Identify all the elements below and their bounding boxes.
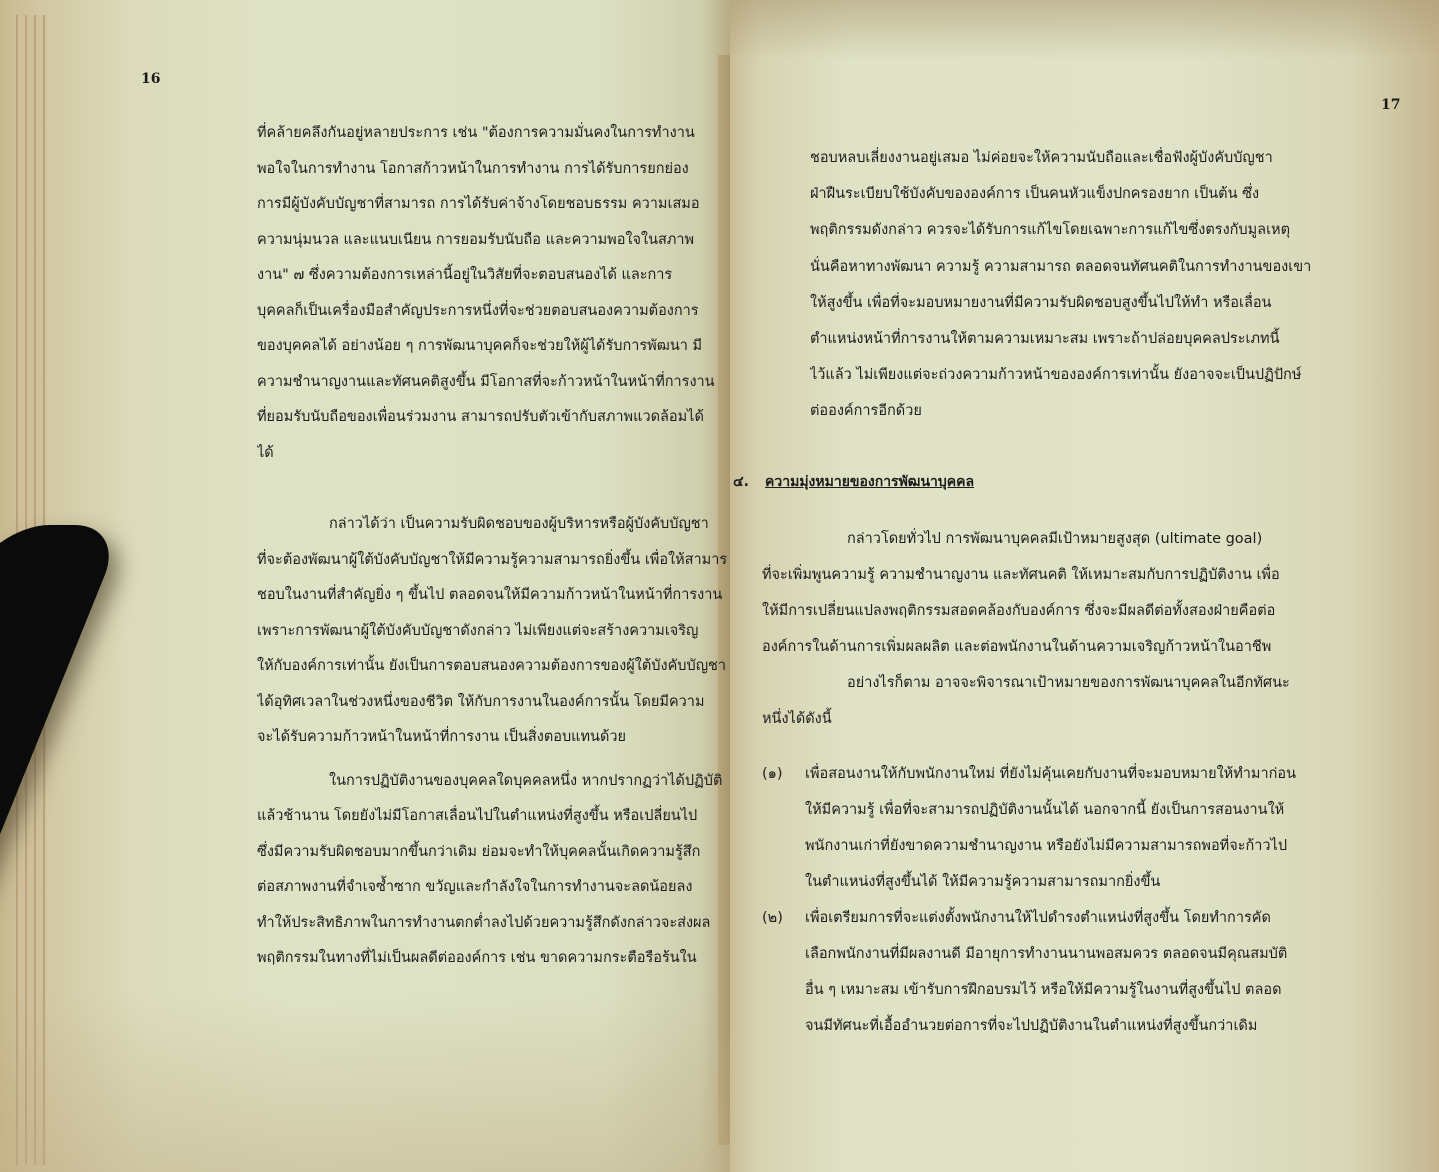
text-line: ไว้แล้ว ไม่เพียงแต่จะถ่วงความก้าวหน้าของ… bbox=[810, 357, 1350, 393]
text-line: องค์การในด้านการเพิ่มผลผลิต และต่อพนักงา… bbox=[762, 629, 1322, 665]
text-line: ต่อองค์การอีกด้วย bbox=[810, 393, 1350, 429]
text-line: บุคคลก็เป็นเครื่องมือสำคัญประการหนึ่งที่… bbox=[257, 294, 727, 330]
list-marker: (๑) bbox=[762, 756, 783, 792]
text-line: ให้กับองค์การเท่านั้น ยังเป็นการตอบสนองค… bbox=[257, 649, 727, 685]
text-line: จนมีทัศนะที่เอื้ออำนวยต่อการที่จะไปปฏิบั… bbox=[805, 1008, 1322, 1044]
text-line: ที่ยอมรับนับถือของเพื่อนร่วมงาน สามารถปร… bbox=[257, 400, 727, 436]
text-line: พฤติกรรมในทางที่ไม่เป็นผลดีต่อองค์การ เช… bbox=[257, 941, 727, 977]
text-line: จะได้รับความก้าวหน้าในหน้าที่การงาน เป็น… bbox=[257, 720, 727, 756]
text-line: ทำให้ประสิทธิภาพในการทำงานตกต่ำลงไปด้วยค… bbox=[257, 906, 727, 942]
book-spread: 16 ที่คล้ายคลึงกันอยู่หลายประการ เช่น "ต… bbox=[0, 0, 1439, 1172]
text-line: ในการปฏิบัติงานของบุคคลใดบุคคลหนึ่ง หากป… bbox=[257, 764, 727, 800]
text-line: กล่าวได้ว่า เป็นความรับผิดชอบของผู้บริหา… bbox=[257, 507, 727, 543]
text-line: กล่าวโดยทั่วไป การพัฒนาบุคคลมีเป้าหมายสู… bbox=[762, 521, 1322, 557]
section-title: ความมุ่งหมายของการพัฒนาบุคคล bbox=[765, 474, 974, 490]
text-line: เพราะการพัฒนาผู้ใต้บังคับบัญชาดังกล่าว ไ… bbox=[257, 614, 727, 650]
text-line: ฝ่าฝืนระเบียบใช้บังคับขององค์การ เป็นคนห… bbox=[810, 176, 1350, 212]
paragraph: ที่คล้ายคลึงกันอยู่หลายประการ เช่น "ต้อง… bbox=[257, 116, 727, 471]
section-number: ๔. bbox=[733, 471, 765, 493]
right-page-body: กล่าวโดยทั่วไป การพัฒนาบุคคลมีเป้าหมายสู… bbox=[762, 521, 1322, 737]
text-line: ชอบในงานที่สำคัญยิ่ง ๆ ขึ้นไป ตลอดจนให้ม… bbox=[257, 578, 727, 614]
text-line: ได้ bbox=[257, 436, 727, 472]
left-page-body: ที่คล้ายคลึงกันอยู่หลายประการ เช่น "ต้อง… bbox=[257, 116, 727, 977]
list-item: (๒) เพื่อเตรียมการที่จะแต่งตั้งพนักงานให… bbox=[762, 900, 1322, 1044]
text-line: ตำแหน่งหน้าที่การงานให้ตามความเหมาะสม เพ… bbox=[810, 321, 1350, 357]
text-line: ความนุ่มนวล และแนบเนียน การยอมรับนับถือ … bbox=[257, 223, 727, 259]
paragraph: อย่างไรก็ตาม อาจจะพิจารณาเป้าหมายของการพ… bbox=[762, 665, 1322, 737]
list-item: (๑) เพื่อสอนงานให้กับพนักงานใหม่ ที่ยังไ… bbox=[762, 756, 1322, 900]
text-line: พอใจในการทำงาน โอกาสก้าวหน้าในการทำงาน ก… bbox=[257, 152, 727, 188]
text-line: ที่คล้ายคลึงกันอยู่หลายประการ เช่น "ต้อง… bbox=[257, 116, 727, 152]
right-page-number: 17 bbox=[1381, 97, 1400, 113]
right-page-intro: ชอบหลบเลี่ยงงานอยู่เสมอ ไม่ค่อยจะให้ความ… bbox=[810, 140, 1350, 430]
text-line: ในตำแหน่งที่สูงขึ้นได้ ให้มีความรู้ความส… bbox=[805, 864, 1322, 900]
text-line: ได้อุทิศเวลาในช่วงหนึ่งของชีวิต ให้กับกา… bbox=[257, 685, 727, 721]
text-line: ให้มีความรู้ เพื่อที่จะสามารถปฏิบัติงานน… bbox=[805, 792, 1322, 828]
text-line: พฤติกรรมดังกล่าว ควรจะได้รับการแก้ไขโดยเ… bbox=[810, 212, 1350, 248]
text-line: ที่จะเพิ่มพูนความรู้ ความชำนาญงาน และทัศ… bbox=[762, 557, 1322, 593]
text-line: ของบุคคลได้ อย่างน้อย ๆ การพัฒนาบุคคก็จะ… bbox=[257, 329, 727, 365]
text-line: อย่างไรก็ตาม อาจจะพิจารณาเป้าหมายของการพ… bbox=[762, 665, 1322, 701]
text-line: เพื่อสอนงานให้กับพนักงานใหม่ ที่ยังไม่คุ… bbox=[805, 756, 1322, 792]
section-heading: ๔.ความมุ่งหมายของการพัฒนาบุคคล bbox=[733, 471, 974, 493]
text-line: การมีผู้บังคับบัญชาที่สามารถ การได้รับค่… bbox=[257, 187, 727, 223]
text-line: ที่จะต้องพัฒนาผู้ใต้บังคับบัญชาให้มีความ… bbox=[257, 543, 727, 579]
left-page-number: 16 bbox=[141, 71, 160, 87]
list-marker: (๒) bbox=[762, 900, 783, 936]
text-line: นั่นคือหาทางพัฒนา ความรู้ ความสามารถ ตลอ… bbox=[810, 249, 1350, 285]
text-line: เลือกพนักงานที่มีผลงานดี มีอายุการทำงานน… bbox=[805, 936, 1322, 972]
text-line: ชอบหลบเลี่ยงงานอยู่เสมอ ไม่ค่อยจะให้ความ… bbox=[810, 140, 1350, 176]
text-line: อื่น ๆ เหมาะสม เข้ารับการฝึกอบรมไว้ หรือ… bbox=[805, 972, 1322, 1008]
paragraph: กล่าวโดยทั่วไป การพัฒนาบุคคลมีเป้าหมายสู… bbox=[762, 521, 1322, 665]
paragraph: ในการปฏิบัติงานของบุคคลใดบุคคลหนึ่ง หากป… bbox=[257, 764, 727, 977]
text-line: งาน" ๗ ซึ่งความต้องการเหล่านี้อยู่ในวิสั… bbox=[257, 258, 727, 294]
text-line: หนึ่งได้ดังนี้ bbox=[762, 701, 1322, 737]
paragraph: กล่าวได้ว่า เป็นความรับผิดชอบของผู้บริหา… bbox=[257, 507, 727, 756]
text-line: ให้มีการเปลี่ยนแปลงพฤติกรรมสอดคล้องกับอง… bbox=[762, 593, 1322, 629]
text-line: ซึ่งมีความรับผิดชอบมากขึ้นกว่าเดิม ย่อมจ… bbox=[257, 835, 727, 871]
text-line: ให้สูงขึ้น เพื่อที่จะมอบหมายงานที่มีความ… bbox=[810, 285, 1350, 321]
text-line: เพื่อเตรียมการที่จะแต่งตั้งพนักงานให้ไปด… bbox=[805, 900, 1322, 936]
numbered-list: (๑) เพื่อสอนงานให้กับพนักงานใหม่ ที่ยังไ… bbox=[762, 756, 1322, 1044]
text-line: แล้วช้านาน โดยยังไม่มีโอกาสเลื่อนไปในตำแ… bbox=[257, 799, 727, 835]
text-line: พนักงานเก่าที่ยังขาดความชำนาญงาน หรือยัง… bbox=[805, 828, 1322, 864]
text-line: ความชำนาญงานและทัศนคติสูงขึ้น มีโอกาสที่… bbox=[257, 365, 727, 401]
text-line: ต่อสภาพงานที่จำเจซ้ำซาก ขวัญและกำลังใจใน… bbox=[257, 870, 727, 906]
